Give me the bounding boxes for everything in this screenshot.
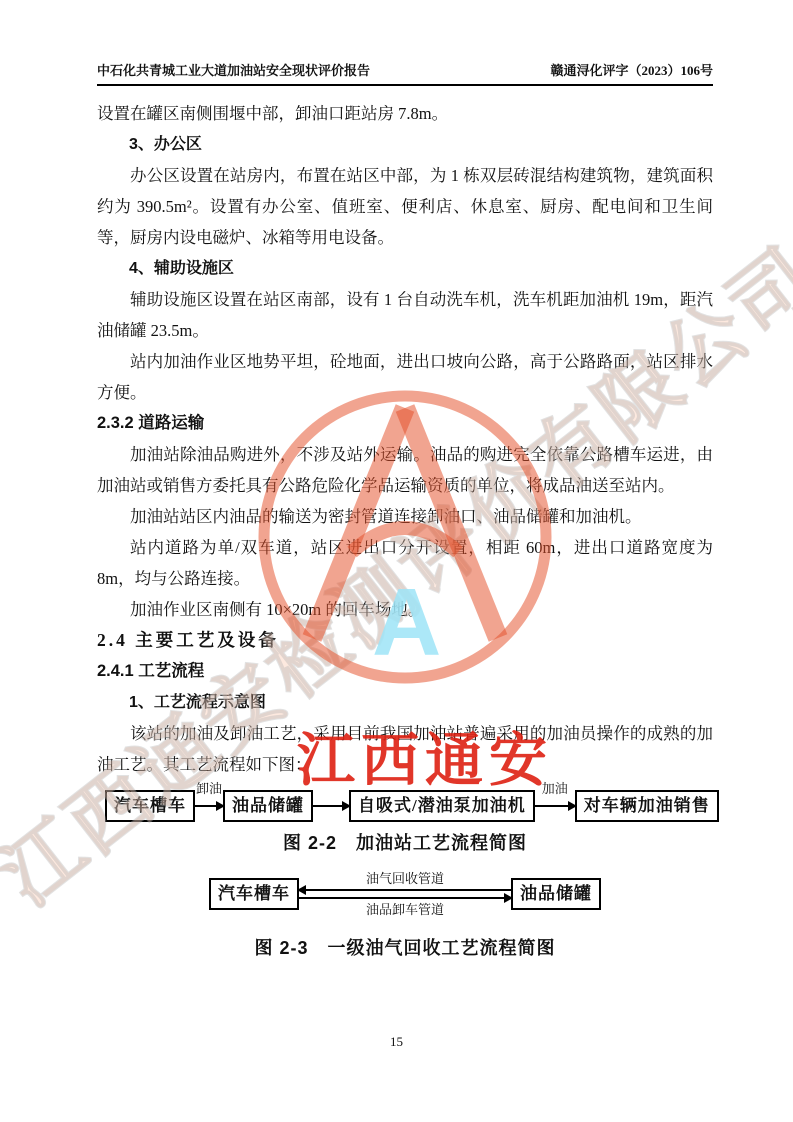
figure-2-2-flowchart: 汽车槽车 卸油 油品储罐 自吸式/潜油泵加油机 加油 对车辆加油销售 bbox=[105, 790, 713, 822]
vapor-recovery-arrows: 油气回收管道 油品卸车管道 bbox=[299, 871, 511, 917]
item-heading-office-area: 3、办公区 bbox=[97, 129, 713, 160]
flow-box-vehicle-sales: 对车辆加油销售 bbox=[575, 790, 719, 822]
item-heading-auxiliary-area: 4、辅助设施区 bbox=[97, 253, 713, 284]
page-number: 15 bbox=[0, 1034, 793, 1050]
flow-arrow-plain bbox=[313, 805, 349, 807]
flow-box-tanker-truck-2: 汽车槽车 bbox=[209, 878, 299, 910]
header-report-title: 中石化共青城工业大道加油站安全现状评价报告 bbox=[97, 60, 370, 79]
paragraph-auxiliary-area: 辅助设施区设置在站区南部，设有 1 台自动洗车机，洗车机距加油机 19m，距汽油… bbox=[97, 284, 713, 346]
paragraph-site-terrain: 站内加油作业区地势平坦，砼地面，进出口坡向公路，高于公路路面，站区排水方便。 bbox=[97, 346, 713, 408]
arrow-label-oil-unloading-pipe: 油品卸车管道 bbox=[366, 902, 444, 917]
figure-2-3-flowchart: 汽车槽车 油气回收管道 油品卸车管道 油品储罐 bbox=[97, 871, 713, 917]
paragraph-process-intro: 该站的加油及卸油工艺，采用目前我国加油站普遍采用的加油员操作的成熟的加油工艺。其… bbox=[97, 718, 713, 780]
flow-arrow-vapor-recovery bbox=[299, 889, 511, 891]
arrow-label-unload: 卸油 bbox=[196, 773, 222, 804]
paragraph-transport-overview: 加油站除油品购进外，不涉及站外运输。油品的购进完全依靠公路槽车运进，由加油站或销… bbox=[97, 439, 713, 501]
flow-box-oil-storage-tank-2: 油品储罐 bbox=[511, 878, 601, 910]
paragraph-road-layout: 站内道路为单/双车道，站区进出口分开设置，相距 60m，进出口道路宽度为 8m，… bbox=[97, 532, 713, 594]
flow-arrow-unload: 卸油 bbox=[195, 805, 223, 807]
flow-arrow-refuel: 加油 bbox=[535, 805, 575, 807]
flow-arrow-oil-unloading bbox=[299, 897, 511, 899]
document-page: 江西通安检测评价有限公司 A 江西通安 中石化共青城工业大道加油站安全现状评价报… bbox=[0, 0, 793, 1122]
paragraph-office-area: 办公区设置在站房内，布置在站区中部，为 1 栋双层砖混结构建筑物，建筑面积约为 … bbox=[97, 160, 713, 253]
figure-2-3-caption: 图 2-3 一级油气回收工艺流程简图 bbox=[97, 933, 713, 964]
flow-box-dispenser: 自吸式/潜油泵加油机 bbox=[349, 790, 535, 822]
arrow-label-vapor-recovery-pipe: 油气回收管道 bbox=[366, 871, 444, 886]
document-body: 设置在罐区南侧围堰中部，卸油口距站房 7.8m。 3、办公区 办公区设置在站房内… bbox=[97, 98, 713, 964]
section-heading-road-transport: 2.3.2 道路运输 bbox=[97, 408, 713, 439]
figure-2-2-caption: 图 2-2 加油站工艺流程简图 bbox=[97, 828, 713, 859]
section-heading-process-flow: 2.4.1 工艺流程 bbox=[97, 656, 713, 687]
paragraph-turnaround-area: 加油作业区南侧有 10×20m 的回车场地。 bbox=[97, 594, 713, 625]
paragraph-pipeline: 加油站站区内油品的输送为密封管道连接卸油口、油品储罐和加油机。 bbox=[97, 501, 713, 532]
page-header: 中石化共青城工业大道加油站安全现状评价报告 赣通浔化评字（2023）106号 bbox=[97, 60, 713, 86]
header-doc-number: 赣通浔化评字（2023）106号 bbox=[550, 60, 713, 79]
section-heading-main-process-equipment: 2.4 主要工艺及设备 bbox=[97, 625, 713, 656]
arrow-label-refuel: 加油 bbox=[542, 773, 568, 804]
flow-box-tanker-truck: 汽车槽车 bbox=[105, 790, 195, 822]
flow-box-oil-storage-tank: 油品储罐 bbox=[223, 790, 313, 822]
paragraph-carryover: 设置在罐区南侧围堰中部，卸油口距站房 7.8m。 bbox=[97, 98, 713, 129]
item-heading-process-diagram: 1、工艺流程示意图 bbox=[97, 687, 713, 718]
